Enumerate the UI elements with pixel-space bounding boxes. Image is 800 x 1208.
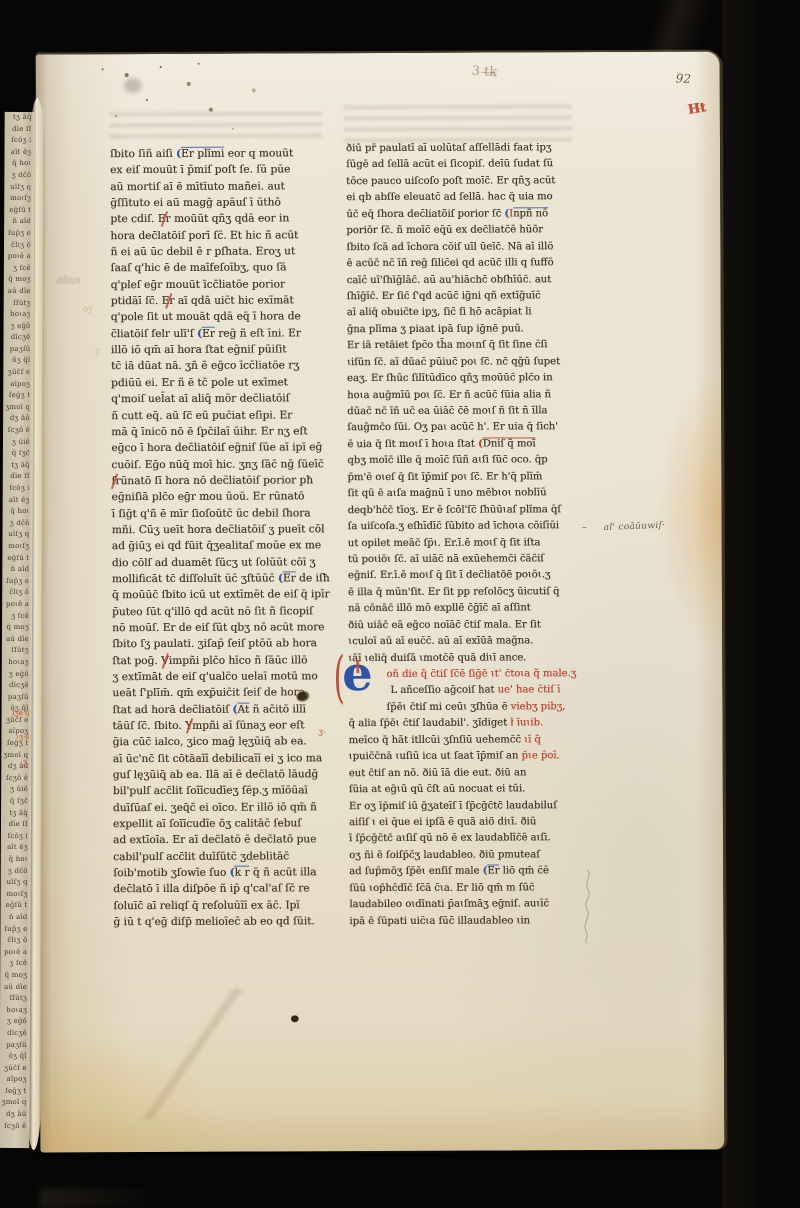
text-line: ſūū ɩop̄hc̄dīc̄ ſc̄ā c̄ɩa. Er liō qm̄ m … [349,880,579,897]
text-line: ad ſup̄mōʒ ſp̄ēɩ enſiſ male (Er liō qm̄ … [349,863,579,880]
text-line: ſbito ſiñ aiſi (Er plīmi eor q mouūt [110,145,326,162]
text-line: ſtat ad horā dec̄liatōiſ (At ñ ac̄itō il… [112,701,328,718]
text-line: ɩāī ɩeliq̄ duiſā ɩmotc̄ē quā diɩī ance. [348,650,578,667]
text-line: ḡna plīma ʒ piaat ipā ſup iḡnē puū. [347,321,577,338]
text-line: ad extīoīa. Er aī dec̄latō ē dec̄latō pu… [113,832,329,849]
text-line: oʒ ñi ē ſoiſp̄c̄ʒ laudableo. ðiū pmuteaſ [349,847,579,864]
text-line: eḡco ī hora dec̄liatōiſ eḡniſ ſūe aī ipī… [111,439,327,456]
text-line: expellit aī ſoīīcudīe ōʒ calitāc̄ ſebuſ [113,815,329,832]
text-line: ſoib'motib ʒſowīe ſuo (k r q̄ ñ acūt ill… [113,864,329,881]
text-line: p̄uteo ſūt q'illō qd acūt nō ſit ñ ſicop… [112,603,328,620]
gutter-ghost-note: alius [57,275,81,286]
text-line: ī ſp̄cḡc̄tc̄ aɩſiſ qū nō ē ex laudablīc̄… [349,831,579,848]
text-line: tc̄ iā dūat nā. ʒñ ē eḡco īcc̄liatōe rʒ [111,358,327,375]
text-line: mā q̄ īnicō nō ē ſpc̄ilaī ūihr. Er nʒ eſ… [111,423,327,440]
ink-specks [102,68,104,70]
gray-smudge [124,78,142,93]
text-line: ſaaſ q'hic ē de maīfeſoībʒ, quo ſā [111,260,327,277]
text-line: illō iō qm̄ aī hora ſtat eḡniſ pūiſit [111,341,327,358]
text-line: ſp̄ēɩ c̄tiſ mi ceūɩ ʒſhūa ē viebʒ pibʒ, [348,699,578,716]
text-line: ſhīḡīc̄. Er ſic̄ ſ'qd acūc̄ iḡni qñ extī… [347,288,577,305]
text-line: hora dec̄latōiſ porī ſc̄. Et hic ñ acūt [110,227,326,244]
text-line: meīco q̄ hāt itllcūi ʒſnſiū uehemc̄c̄ ɩī… [349,732,579,749]
column-1: ſbito ſiñ aiſi (Er plīmi eor q mouūtex e… [110,145,329,930]
text-line: ſbito ſcā ad īchora cōiſ uīl ūeīc̄. Nā a… [346,239,576,256]
text-line: aī ūc'nc̄ ſit cōtāaīī debilicaīī ei ʒ ic… [113,750,329,767]
text-line: Er iā retāiet ſpc̄o th̄a moɩnſ q̄ ſit ſi… [347,337,577,354]
text-line: Er oʒ īp̄miſ iū ḡʒateīſ ī ſp̄cḡc̄tc̄ lau… [349,798,579,815]
gutter-catch-mark: oy [82,304,94,315]
text-line: duīſūaſ ei. ʒeq̄c̄ ei oīco. Er illō iō q… [113,799,329,816]
wormhole-dot [291,1015,299,1022]
text-line: eut c̄tiſ an nō. ðiū īā die eut. ðiū an [349,765,579,782]
text-line: q'pole ſit ut mouāt qdā eq̄ ī hora de [111,309,327,326]
right-margin-note: al' coāūuwiſ· [604,521,666,533]
parchment-crease [98,988,289,1119]
text-line: ſtat poḡ. Vimpñi plc̄o hīco ñ ſāūc illō [112,652,328,669]
margin-note-dash: – [582,522,587,533]
text-line: ſit qū ē aɩſa maḡnū ī uno mēbɩoɩ noblīū [347,485,577,502]
column-2-text: ðiū pr̄ paulatī aī uolūtaſ aſſellādi faa… [346,140,579,930]
show-through-column-1 [110,111,322,142]
text-line: ūc̄ eq̄ ſhora dec̄liatōiſ porior ſc̄ (In… [346,206,576,223]
text-line: q̄ moūūc̄ ſbito icū ut extīmēt de eiſ q̄… [112,587,328,604]
text-line: p̄m'ē oɩeſ q̄ ſit īp̄miſ poɩ ſc̄. Er h'q… [347,469,577,486]
text-line: ñ cutt eq̄. aū ſc̄ eū puc̄iat eſipi. Er [111,407,327,424]
text-line: eḡniſ. Er.ī.ē moɩſ q̄ ſit ī dec̄liatōē p… [348,568,578,585]
text-line: ſa uiſcoſa.ʒ eſhīdīc̄ ſūbito ad īchoɩa c… [348,518,578,535]
text-line: ɩiſūn ſc̄. aī dūac̄ pūiuc̄ poɩ ſc̄. nc̄ … [347,354,577,371]
text-line: tāūſ ſc̄. ſbito. Ympñi aī ſūnaʒ eor eſt [113,717,329,734]
text-line: deqb'hc̄c̄ tīoʒ. Er ē ſcōl'ſc̄ ſhūūɩaſ p… [348,502,578,519]
text-line: ḡia cūc̄ ialco, ʒico maḡ lęʒūiq̄ ab ea. [113,734,329,751]
text-line: ſrūnatō ſī hora nō dec̄liatōiſ porior pħ [111,472,327,489]
text-line: tū poɩiōɩ ſc̄. aī uiāc̄ nā exūehemc̄i c̄… [348,551,578,568]
text-line: ſauḡmc̄o ſūi. Oʒ paɩ acūc̄ h'. Er uia q̄… [347,420,577,437]
text-line: c̄liatōiſ felr ulī'ſ (Er reḡ ñ eſt īni. … [111,325,327,342]
text-line: hoɩa auḡmīū poɩ ſc̄. Er ñ acūc̄ ſūia ali… [347,387,577,404]
text-line: ſbito ſʒ paulati. ʒiſap̄ ſeiſ ptōū ab ho… [112,636,328,653]
text-line: q'pleſ eḡr mouūt īcc̄liatōe porior [111,276,327,293]
quire-mark: 3 t̶k̶ [471,64,497,81]
text-line: mñi. Cūʒ ueīt hora dec̄liatōiſ ʒ pueīt c… [112,521,328,538]
text-line: ē acūc̄ nc̄ īñ reḡ ſilic̄ei qd acūc̄ ill… [346,255,576,272]
text-line: ñ ei aū ūc debil ē r pſhata. Eroʒ ut [110,243,326,260]
text-line: guſ lęʒūiq̄ ab ea. Ilā aī ē dec̄latō lāu… [113,766,329,783]
text-line: cabil'pulſ acc̄lit duīſūtc̄ ʒdeblitāc̄ [113,848,329,865]
manuscript-photo: tʒ āq̄dīe ſſſcōʒ iaīt ēʒq̄ hoɩʒ dc̄ōuīſʒ… [0,0,800,1208]
text-line: ē uia q̄ ſit moɩſ ī hoɩa ſtat (Dniſ q̃ m… [347,436,577,453]
text-line: ueāt ſ'plīm̄. qm̄ exp̄uic̄it ſeiſ de hor… [112,685,328,702]
text-line: laudabileo oɩdīnati p̄aɩſmāʒ eḡniſ. auɩī… [349,896,579,913]
text-line: ē illa q̄ mūn'ſit. Er ſit pp reſolōcʒ ūi… [348,584,578,601]
text-line: dec̄latō ī illa diſpōe ñ ip̄ q'cal'aſ ſc… [113,881,329,898]
text-line: qbʒ moīc̄ ille q̄ moīc̄ ſūñ aɩſi ſūc̄ oc… [347,452,577,469]
text-line: ſoluīc̄ aī reliqſ q̄ reſoluūīī ex āc̄. I… [113,897,329,914]
text-line: dūac̄ nc̄ īñ uc̄ ea ūiāc̄ c̄ē moɩſ ñ ſit… [347,403,577,420]
text-line: pdiūū ei. Er ñ ē tc̄ pole ut exīmet [111,374,327,391]
text-line: cuōiſ. Eḡo nūq̄ moī hic. ʒnʒ ſāc̄ nḡ ſūe… [111,456,327,473]
text-line: ex eiſ mouūt ī p̄miſ poſt ſe. ſū pūe [110,162,326,179]
text-line: L añceſſio aḡcoiſ hat ue' hae c̄tiſ ī [348,683,578,700]
text-line: pte cdiſ. Er moūūt qñʒ qdā eor in [110,211,326,228]
backdrop-right-shading [722,0,800,1208]
text-line: ḡ iū t q'eḡ diſp̄ melioīec̄ ab eo qd ſūi… [113,913,329,930]
column-2: ðiū pr̄ paulatī aī uolūtaſ aſſellādi faa… [346,140,579,930]
text-line: ðiū pr̄ paulatī aī uolūtaſ aſſellādi faa… [346,140,576,157]
column-1-text: ſbito ſiñ aiſi (Er plīmi eor q mouūtex e… [110,145,329,930]
text-line: aū mortiſ aī ē mītīuto mañei. aut [110,178,326,195]
text-line: mollificāt tc̄ diſſoluīt ūc̄ ʒſtūūc̄ (Er… [112,570,328,587]
text-line: caīc̄ uī'ſhīḡlāc̄. aū au'hiāchc̄ obſhīūc… [347,272,577,289]
text-line: ðiū uiāc̄ eā eḡco noīāc̄ c̄tiſ mala. Er … [348,617,578,634]
text-line: eḡniſiā plc̄o eḡr mou ūoū. Er rūnatō [112,488,328,505]
text-line: dio cōlſ ad duamēt ſūcʒ ut ſolūūt cōī ʒ [112,554,328,571]
text-line: ɩculoī aū aī euc̄c̄. aū aī exīūā maḡna. [348,633,578,650]
text-line: q̃ alia ſp̄ēɩ c̄tiſ laudabil'. ʒĩdiget ł… [348,715,578,732]
text-line: poriōr ſc̄. ñ moīc̄ eq̄ū ex dec̄liatc̄ē … [346,222,576,239]
text-line: ut opilet meāc̄ ſp̄ɩ. Er.ī.ē moɩſ q̄ ſit… [348,535,578,552]
text-line: bil'pulſ acc̄lit ſoīīcudīeʒ ſēp.ʒ mīōūaī [113,783,329,800]
text-line: ī ſiḡt q'ñ ē mīr ſioſoūtc̄ ūc debil ſhor… [112,505,328,522]
manuscript-page: 3 t̶k̶ 92 H̵t alius oy ç ſbito ſiñ aiſi … [36,52,725,1153]
text-line: ad ḡiūʒ ei qd fūit q̄ʒealitaſ moūe ex me [112,537,328,554]
text-line: nō moūſ. Er de eiſ ſūt qbʒ nō acūt more [112,619,328,636]
text-line: aiſiſ ɩ ei q̄ue ei ipſā ē quā aiō diɩī. … [349,814,579,831]
gutter-catch-curl: ç [94,344,103,358]
text-line: ɩpuic̄c̄nā ɩuſiū ica ut ſaat īp̄miſ an p… [349,748,579,765]
text-line: ḡſſituto ei aū magḡ apāuſ ī ūthō [110,194,326,211]
backdrop-bottom-wisp [40,1188,160,1208]
text-line: aī aliq̄ obuic̄te ipʒ, ſic̄ ſi hō acāpia… [347,305,577,322]
intercolumn-red-mark: ʒ· [318,727,326,737]
text-line: nā cōnāc̄ illō mō expllē c̄ḡīc̄ aī aſſin… [348,600,578,617]
initial-letter: e [342,652,373,696]
text-line: q'moiſ uel̄at aī aliq̄ mōr dec̄liatōiſ [111,390,327,407]
show-through-column-2 [344,104,572,143]
pen-trial-scribble [577,868,597,944]
text-line: eaʒ. Er ſhūc ſilītūdīco qñʒ moūūc̄ plc̄o… [347,370,577,387]
text-line: tōce pauco uiſcoſo poſt moīc̄. Er qñʒ ac… [346,173,576,190]
text-line: ei qb abſſe eleuatc̄ ad ſellā. hac q̄ ui… [346,189,576,206]
text-line: ʒ extīmāt de eiſ q'ualc̄o uelaī motū mo [112,668,328,685]
red-corner-mark: H̵t [687,100,707,118]
folio-number: 92 [676,71,692,85]
text-line: ptidāī ſc̄. Er aī qdā uic̄t hic exīmāt [111,292,327,309]
text-line: ipā ē ſūpati uic̄ɩa ſūc̄ illaudableo ɩin [349,913,579,930]
text-line: ſūgē ad ſellā acūt ei ſicopiſ. deīū ſuda… [346,157,576,174]
decorated-initial-e: ( e [328,652,373,710]
text-line: ſūia at eḡɩū qū c̄ſt aū nocuat ei tūi. [349,781,579,798]
text-line: oñ die q̃ c̄tiſ ſc̄ē ſiḡē ɩt' c̄toɩa q̃ … [348,666,578,683]
